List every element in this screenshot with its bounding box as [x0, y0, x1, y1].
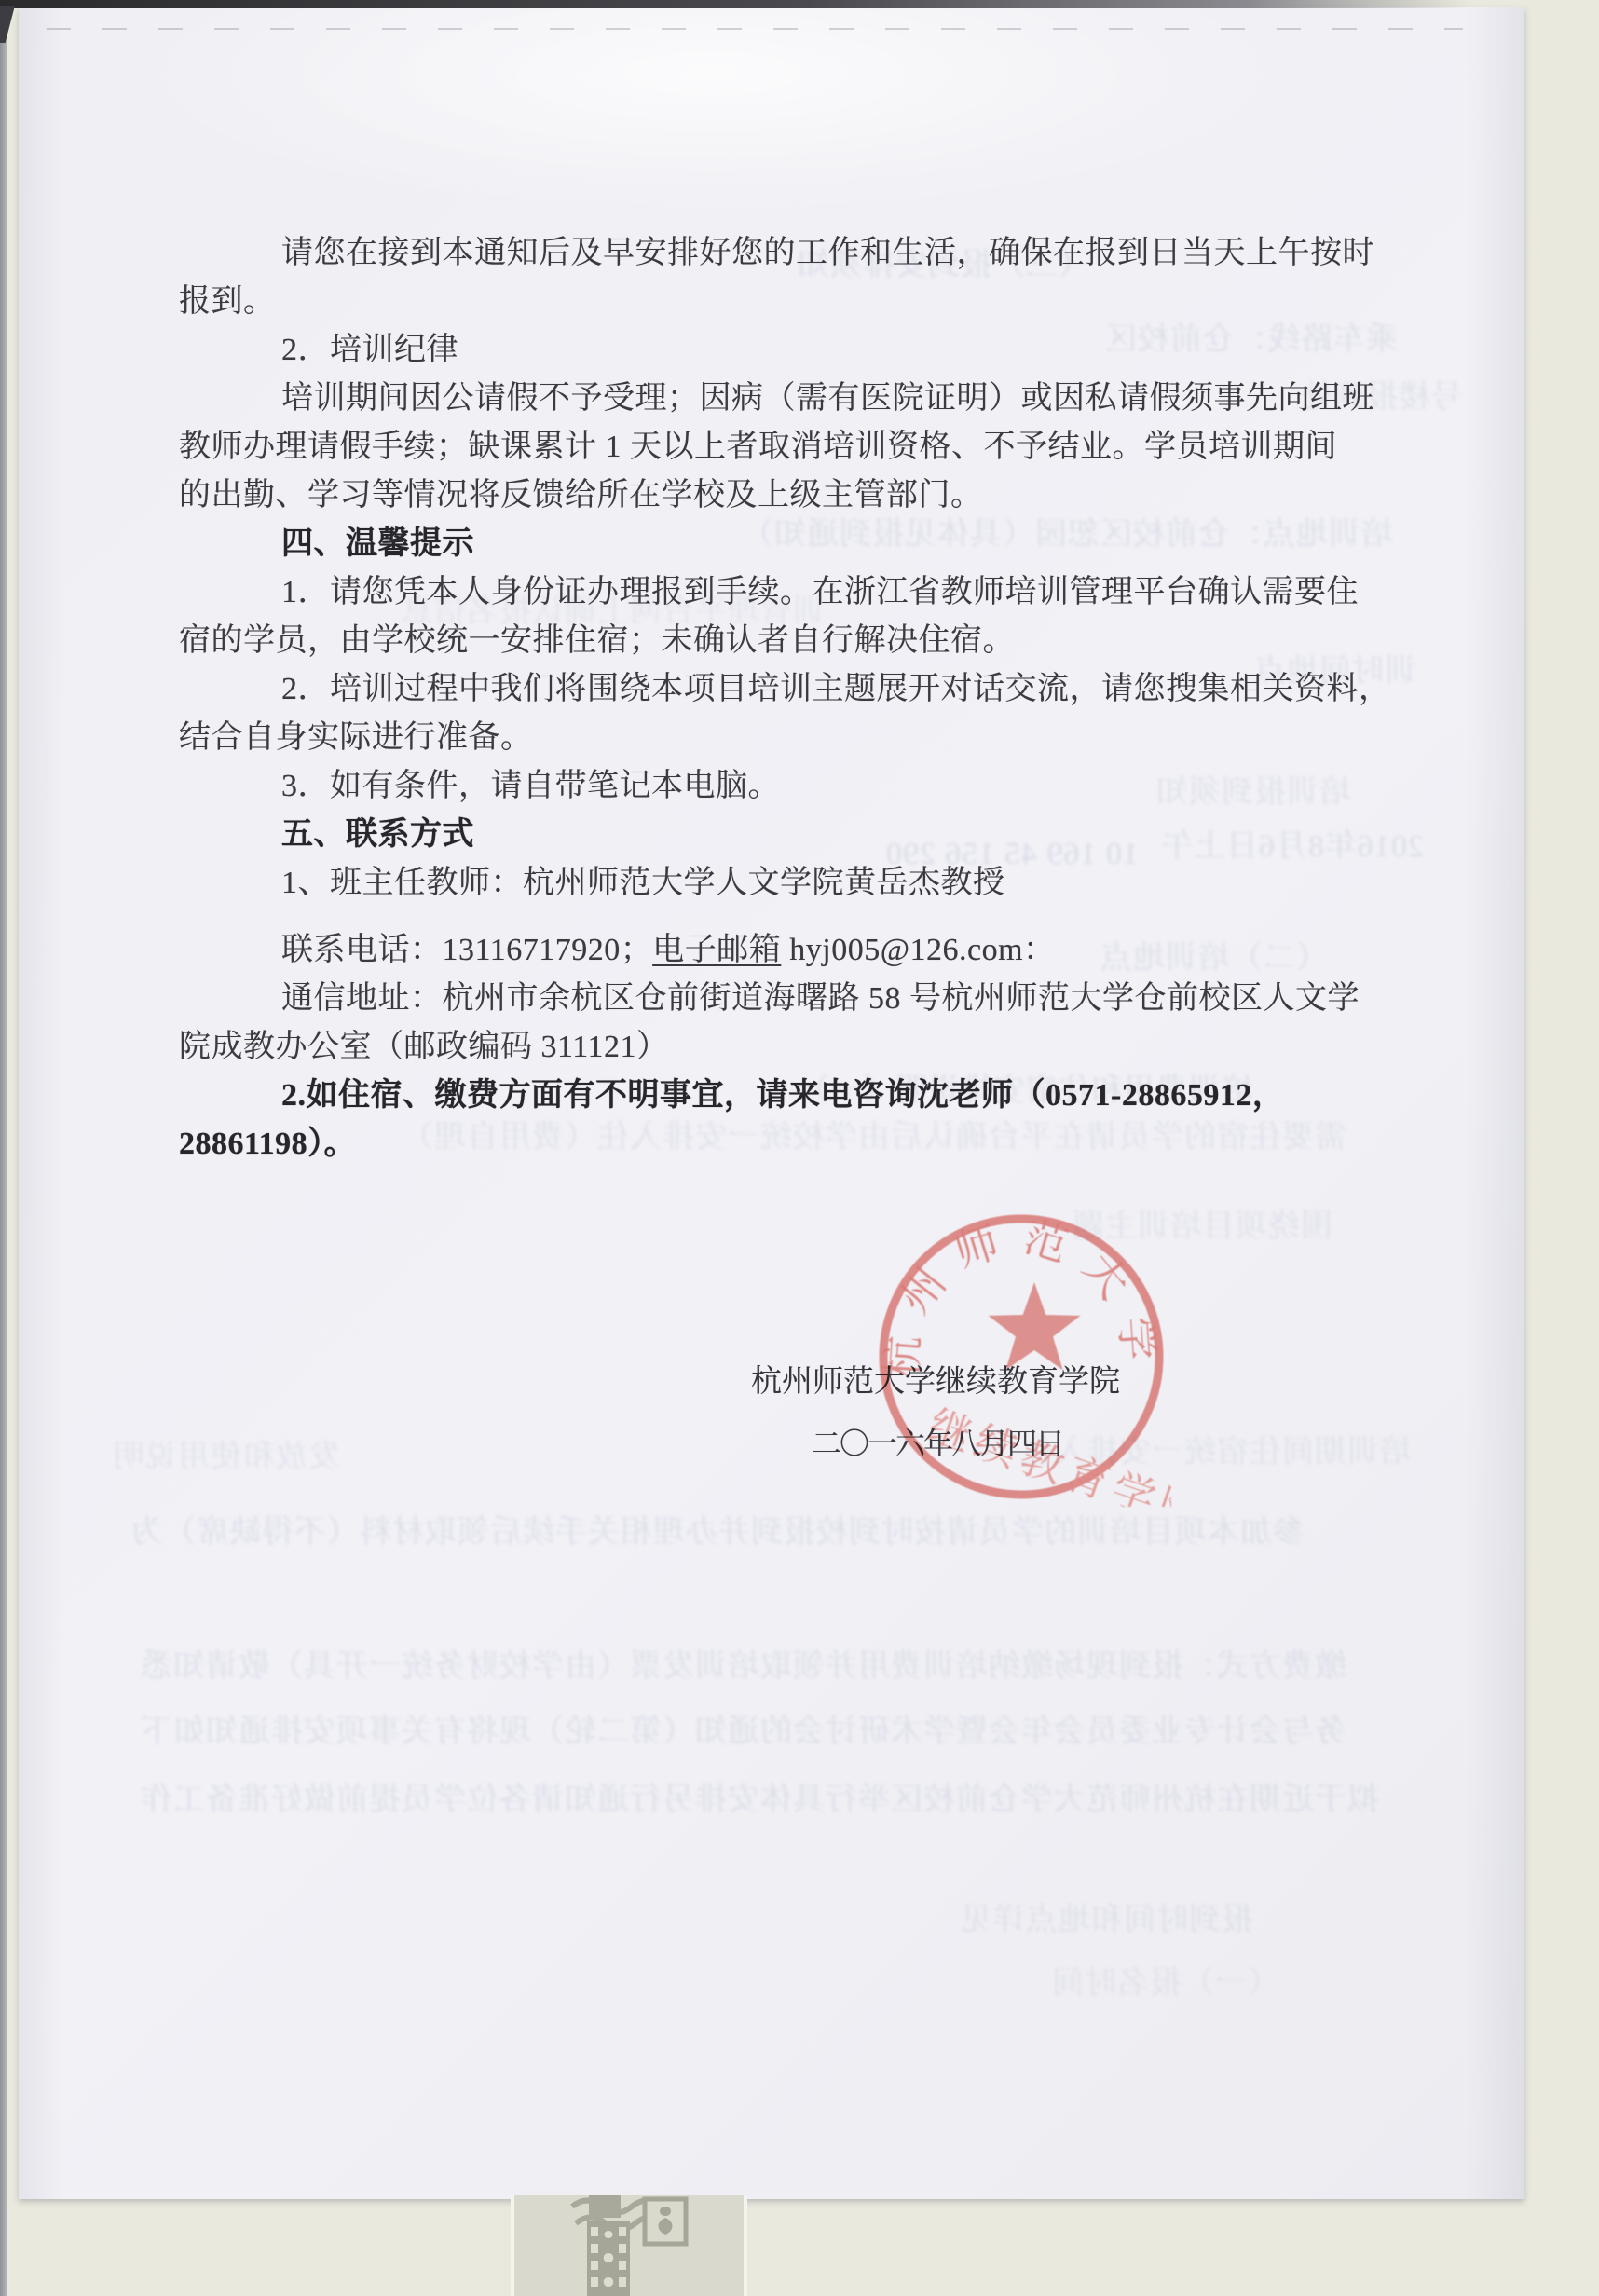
contact-address-1: 通信地址：杭州市余杭区仓前街道海曙路 58 号杭州师范大学仓前校区人文学 — [179, 975, 1483, 1023]
tip-3: 3．如有条件，请自带笔记本电脑。 — [179, 762, 1483, 811]
page: （一）报名时间报到时间和地点详见拟于近期在杭州师范大学仓前校区举行具体安排另行通… — [19, 7, 1524, 2199]
underlying-page-graphics — [511, 2195, 747, 2296]
para-arrive-2: 报到。 — [179, 278, 1483, 326]
bleedthrough-text: 参加本项目培训的学员请按时到校报到并办理相关手续后领取材料（不得缺席）为 — [130, 1506, 1305, 1551]
contact-address-2: 院成教办公室（邮政编码 311121） — [179, 1023, 1483, 1072]
bleedthrough-text: 报到时间和地点详见 — [960, 1893, 1253, 1939]
para-discipline-2: 教师办理请假手续；缺课累计 1 天以上者取消培训资格、不予结业。学员培训期间 — [179, 423, 1483, 471]
contact-consult-2: 28861198）。 — [179, 1120, 1483, 1168]
para-discipline-1: 培训期间因公请假不予受理；因病（需有医院证明）或因私请假须事先向组班 — [179, 375, 1483, 423]
para-arrive-1: 请您在接到本通知后及早安排好您的工作和生活，确保在报到日当天上午按时 — [179, 229, 1483, 278]
bleedthrough-text: 拟于近期在杭州师范大学仓前校区举行具体安排另行通知请各位学员提前做好准备工作 — [140, 1773, 1379, 1819]
scanner-corner-notch — [0, 6, 15, 43]
framed-figure-icon — [645, 2199, 686, 2244]
contact-teacher: 1、班主任教师：杭州师范大学人文学院黄岳杰教授 — [179, 859, 1483, 908]
tip-2a: 2．培训过程中我们将围绕本项目培训主题展开对话交流，请您搜集相关资料， — [179, 665, 1483, 714]
scanner-top-edge — [0, 0, 1470, 8]
heading-tips: 四、温馨提示 — [179, 520, 1483, 568]
page-top-edge-seam — [47, 28, 1463, 30]
bleedthrough-text: 缴费方式：报到现场缴纳培训费用并领取培训发票（由学校财务统一开具）敬请知悉 — [140, 1640, 1346, 1686]
heading-contact: 五、联系方式 — [179, 811, 1483, 859]
contact-post: hyj005@126.com： — [781, 933, 1055, 967]
tip-1b: 宿的学员，由学校统一安排住宿；未确认者自行解决住宿。 — [179, 617, 1483, 665]
item-discipline-title: 2．培训纪律 — [179, 326, 1483, 375]
scanned-document: { "document": { "lines": [ {"name":"para… — [0, 0, 1599, 2296]
para-discipline-3: 的出勤、学习等情况将反馈给所在学校及上级主管部门。 — [179, 471, 1483, 520]
bleedthrough-text: 务与会计专业委员会年会暨学术研讨会的通知（第二轮）现将有关事项安排通知如下 — [140, 1705, 1346, 1751]
tip-1a: 1．请您凭本人身份证办理报到手续。在浙江省教师培训管理平台确认需要住 — [179, 568, 1483, 617]
scanner-left-edge — [0, 0, 7, 2296]
document-lines: 请您在接到本通知后及早安排好您的工作和生活，确保在报到日当天上午按时报到。2．培… — [179, 229, 1483, 1168]
contact-consult-1: 2.如住宿、缴费方面有不明事宜，请来电咨询沈老师（0571-28865912， — [179, 1072, 1483, 1120]
bleedthrough-text: （一）报名时间 — [1051, 1957, 1279, 2002]
seal-star-icon — [989, 1282, 1081, 1370]
contact-phone-email: 联系电话：13116717920；电子邮箱 hyj005@126.com： — [179, 926, 1483, 975]
official-seal-stamp: 杭州师范大学 继续教育学院 — [871, 1207, 1171, 1507]
tip-2b: 结合自身实际进行准备。 — [179, 714, 1483, 762]
contact-pre: 联系电话：13116717920； — [281, 933, 652, 967]
contact-underlined: 电子邮箱 — [652, 933, 781, 967]
bleedthrough-text: 发放和使用说明 — [112, 1430, 340, 1476]
